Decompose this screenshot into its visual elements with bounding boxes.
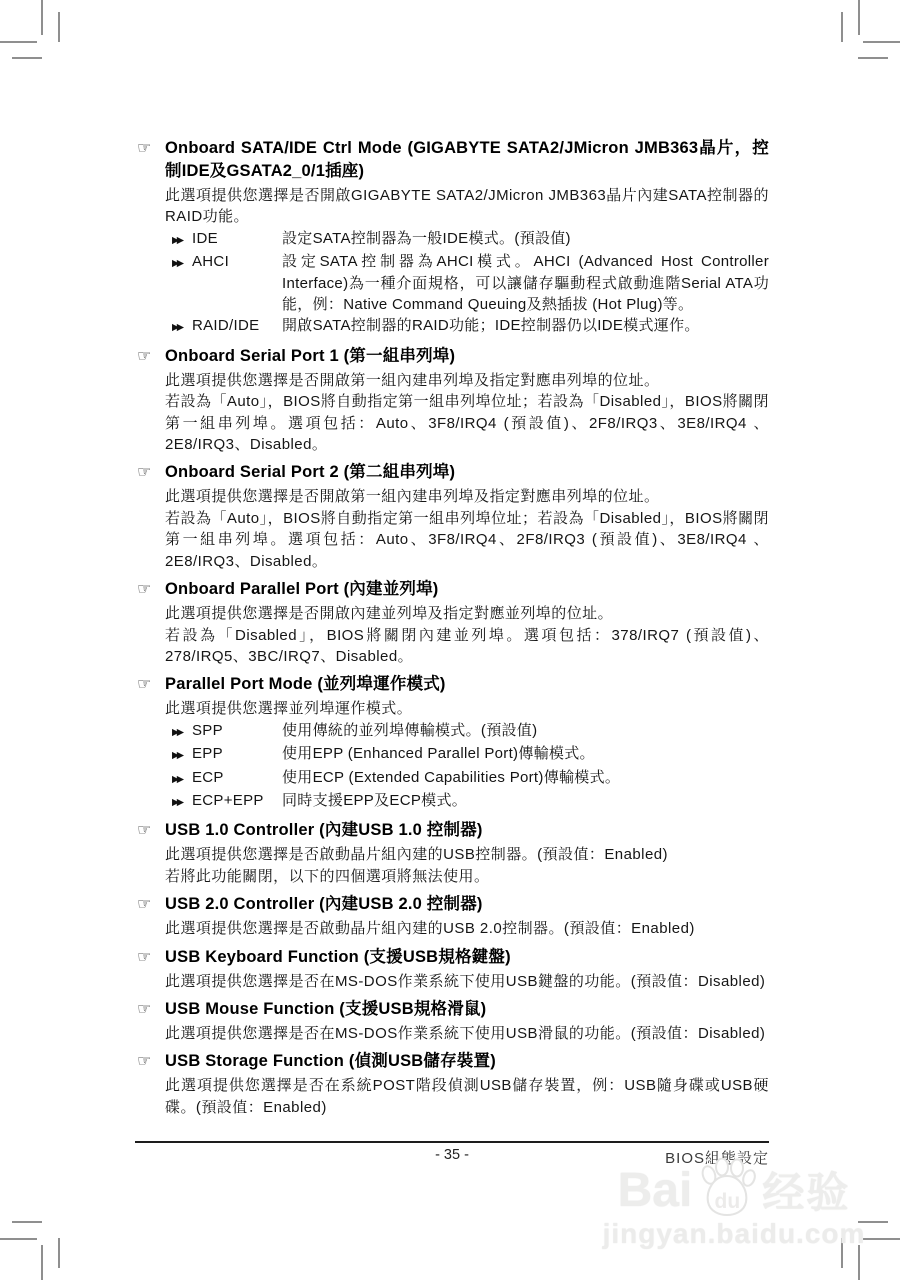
crop-mark (58, 1238, 60, 1268)
section-title-text: USB 1.0 Controller (內建USB 1.0 控制器) (165, 821, 483, 839)
bios-option-section: ☞ USB 1.0 Controller (內建USB 1.0 控制器) 此選項… (137, 819, 769, 887)
description-paragraph: 若設為「Disabled」，BIOS將關閉內建並列埠。選項包括：378/IRQ7… (165, 625, 769, 668)
section-body: 此選項提供您選擇是否開啟內建並列埠及指定對應並列埠的位址。若設為「Disable… (137, 603, 769, 667)
section-title: ☞ USB Storage Function (偵測USB儲存裝置) (137, 1050, 769, 1073)
bios-option-section: ☞ Onboard Serial Port 2 (第二組串列埠) 此選項提供您選… (137, 461, 769, 572)
description-paragraph: 此選項提供您選擇並列埠運作模式。 (165, 698, 769, 719)
section-title: ☞ Parallel Port Mode (並列埠運作模式) (137, 673, 769, 696)
description-paragraph: 此選項提供您選擇是否開啟第一組內建串列埠及指定對應串列埠的位址。 (165, 486, 769, 507)
section-title: ☞ USB Mouse Function (支援USB規格滑鼠) (137, 998, 769, 1021)
bios-option-section: ☞ Onboard Serial Port 1 (第一組串列埠) 此選項提供您選… (137, 345, 769, 456)
pointing-hand-icon: ☞ (137, 893, 152, 916)
description-paragraph: 此選項提供您選擇是否開啟第一組內建串列埠及指定對應串列埠的位址。 (165, 370, 769, 391)
crop-mark (12, 1221, 42, 1223)
crop-mark (0, 41, 37, 43)
section-title: ☞ Onboard Serial Port 2 (第二組串列埠) (137, 461, 769, 484)
section-title-text: Onboard Serial Port 1 (第一組串列埠) (165, 347, 455, 365)
double-arrow-icon: ▶▶ (172, 228, 192, 251)
description-paragraph: 此選項提供您選擇是否在系統POST階段偵測USB儲存裝置，例：USB隨身碟或US… (165, 1075, 769, 1118)
option-term: AHCI (192, 251, 282, 315)
pointing-hand-icon: ☞ (137, 946, 152, 969)
description-paragraph: 若將此功能關閉，以下的四個選項將無法使用。 (165, 866, 769, 887)
option-term: SPP (192, 720, 282, 743)
description-paragraph: 此選項提供您選擇是否開啟內建並列埠及指定對應並列埠的位址。 (165, 603, 769, 624)
description-paragraph: 此選項提供您選擇是否在MS-DOS作業系統下使用USB滑鼠的功能。(預設值：Di… (165, 1023, 769, 1044)
option-term: IDE (192, 228, 282, 251)
section-body: 此選項提供您選擇是否開啟GIGABYTE SATA2/JMicron JMB36… (137, 185, 769, 339)
description-paragraph: 若設為「Auto」，BIOS將自動指定第一組串列埠位址；若設為「Disabled… (165, 508, 769, 572)
double-arrow-icon: ▶▶ (172, 743, 192, 766)
option-description: 設定SATA控制器為AHCI模式。AHCI (Advanced Host Con… (282, 251, 769, 315)
baidu-paw-icon: du (696, 1158, 758, 1218)
baidu-logo-du-text: du (696, 1190, 758, 1214)
option-row: ▶▶ SPP 使用傳統的並列埠傳輸模式。(預設值) (165, 720, 769, 743)
section-title: ☞ USB Keyboard Function (支援USB規格鍵盤) (137, 946, 769, 969)
baidu-jingyan-text: 经验 (762, 1168, 850, 1218)
bios-option-section: ☞ USB Keyboard Function (支援USB規格鍵盤) 此選項提… (137, 946, 769, 992)
bios-option-section: ☞ Onboard SATA/IDE Ctrl Mode (GIGABYTE S… (137, 137, 769, 339)
double-arrow-icon: ▶▶ (172, 251, 192, 315)
description-paragraph: 此選項提供您選擇是否開啟GIGABYTE SATA2/JMicron JMB36… (165, 185, 769, 228)
section-body: 此選項提供您選擇是否啟動晶片組內建的USB 2.0控制器。(預設值：Enable… (137, 918, 769, 939)
option-row: ▶▶ ECP+EPP 同時支援EPP及ECP模式。 (165, 790, 769, 813)
section-body: 此選項提供您選擇是否在MS-DOS作業系統下使用USB鍵盤的功能。(預設值：Di… (137, 971, 769, 992)
option-description: 使用傳統的並列埠傳輸模式。(預設值) (282, 720, 769, 743)
option-row: ▶▶ RAID/IDE 開啟SATA控制器的RAID功能；IDE控制器仍以IDE… (165, 315, 769, 338)
pointing-hand-icon: ☞ (137, 137, 152, 160)
crop-mark (863, 41, 900, 43)
option-term: RAID/IDE (192, 315, 282, 338)
section-title-text: Onboard SATA/IDE Ctrl Mode (GIGABYTE SAT… (165, 139, 769, 180)
pointing-hand-icon: ☞ (137, 345, 152, 368)
section-title-text: Onboard Parallel Port (內建並列埠) (165, 580, 439, 598)
section-body: 此選項提供您選擇並列埠運作模式。 ▶▶ SPP 使用傳統的並列埠傳輸模式。(預設… (137, 698, 769, 813)
section-title: ☞ Onboard SATA/IDE Ctrl Mode (GIGABYTE S… (137, 137, 769, 183)
section-title: ☞ USB 2.0 Controller (內建USB 2.0 控制器) (137, 893, 769, 916)
section-title: ☞ Onboard Serial Port 1 (第一組串列埠) (137, 345, 769, 368)
section-body: 此選項提供您選擇是否啟動晶片組內建的USB控制器。(預設值：Enabled)若將… (137, 844, 769, 887)
option-term: ECP (192, 767, 282, 790)
section-body: 此選項提供您選擇是否開啟第一組內建串列埠及指定對應串列埠的位址。若設為「Auto… (137, 370, 769, 456)
pointing-hand-icon: ☞ (137, 998, 152, 1021)
section-title-text: USB Mouse Function (支援USB規格滑鼠) (165, 1000, 486, 1018)
description-paragraph: 此選項提供您選擇是否在MS-DOS作業系統下使用USB鍵盤的功能。(預設值：Di… (165, 971, 769, 992)
option-description: 使用ECP (Extended Capabilities Port)傳輸模式。 (282, 767, 769, 790)
description-paragraph: 若設為「Auto」，BIOS將自動指定第一組串列埠位址；若設為「Disabled… (165, 391, 769, 455)
bios-option-section: ☞ USB Mouse Function (支援USB規格滑鼠) 此選項提供您選… (137, 998, 769, 1044)
option-row: ▶▶ AHCI 設定SATA控制器為AHCI模式。AHCI (Advanced … (165, 251, 769, 315)
option-term: ECP+EPP (192, 790, 282, 813)
section-title: ☞ USB 1.0 Controller (內建USB 1.0 控制器) (137, 819, 769, 842)
footer-divider (135, 1141, 769, 1143)
section-title-text: Parallel Port Mode (並列埠運作模式) (165, 675, 446, 693)
description-paragraph: 此選項提供您選擇是否啟動晶片組內建的USB 2.0控制器。(預設值：Enable… (165, 918, 769, 939)
section-body: 此選項提供您選擇是否在MS-DOS作業系統下使用USB滑鼠的功能。(預設值：Di… (137, 1023, 769, 1044)
bios-option-section: ☞ Parallel Port Mode (並列埠運作模式) 此選項提供您選擇並… (137, 673, 769, 813)
crop-mark (858, 1245, 860, 1280)
option-term: EPP (192, 743, 282, 766)
crop-mark (0, 1238, 37, 1240)
double-arrow-icon: ▶▶ (172, 767, 192, 790)
option-row: ▶▶ ECP 使用ECP (Extended Capabilities Port… (165, 767, 769, 790)
section-title-text: USB Storage Function (偵測USB儲存裝置) (165, 1052, 496, 1070)
crop-mark (41, 0, 43, 35)
double-arrow-icon: ▶▶ (172, 790, 192, 813)
section-title: ☞ Onboard Parallel Port (內建並列埠) (137, 578, 769, 601)
description-paragraph: 此選項提供您選擇是否啟動晶片組內建的USB控制器。(預設值：Enabled) (165, 844, 769, 865)
pointing-hand-icon: ☞ (137, 578, 152, 601)
crop-mark (58, 12, 60, 42)
double-arrow-icon: ▶▶ (172, 315, 192, 338)
bios-option-section: ☞ USB 2.0 Controller (內建USB 2.0 控制器) 此選項… (137, 893, 769, 939)
crop-mark (841, 12, 843, 42)
pointing-hand-icon: ☞ (137, 673, 152, 696)
baidu-logo: Bai du 经验 (584, 1158, 884, 1218)
bios-option-section: ☞ USB Storage Function (偵測USB儲存裝置) 此選項提供… (137, 1050, 769, 1118)
bios-option-section: ☞ Onboard Parallel Port (內建並列埠) 此選項提供您選擇… (137, 578, 769, 667)
crop-mark (12, 57, 42, 59)
option-row: ▶▶ IDE 設定SATA控制器為一般IDE模式。(預設值) (165, 228, 769, 251)
section-title-text: USB Keyboard Function (支援USB規格鍵盤) (165, 948, 511, 966)
section-body: 此選項提供您選擇是否開啟第一組內建串列埠及指定對應串列埠的位址。若設為「Auto… (137, 486, 769, 572)
option-description: 同時支援EPP及ECP模式。 (282, 790, 769, 813)
baidu-jingyan-watermark: Bai du 经验 jingyan.baidu.com (584, 1158, 884, 1250)
crop-mark (858, 0, 860, 35)
double-arrow-icon: ▶▶ (172, 720, 192, 743)
baidu-logo-bai-text: Bai (618, 1164, 693, 1218)
option-description: 開啟SATA控制器的RAID功能；IDE控制器仍以IDE模式運作。 (282, 315, 769, 338)
pointing-hand-icon: ☞ (137, 461, 152, 484)
section-title-text: Onboard Serial Port 2 (第二組串列埠) (165, 463, 455, 481)
section-title-text: USB 2.0 Controller (內建USB 2.0 控制器) (165, 895, 483, 913)
section-body: 此選項提供您選擇是否在系統POST階段偵測USB儲存裝置，例：USB隨身碟或US… (137, 1075, 769, 1118)
jingyan-domain-text: jingyan.baidu.com (584, 1218, 884, 1250)
crop-mark (858, 57, 888, 59)
pointing-hand-icon: ☞ (137, 1050, 152, 1073)
crop-mark (41, 1245, 43, 1280)
pointing-hand-icon: ☞ (137, 819, 152, 842)
option-description: 設定SATA控制器為一般IDE模式。(預設值) (282, 228, 769, 251)
manual-content: ☞ Onboard SATA/IDE Ctrl Mode (GIGABYTE S… (137, 131, 769, 1118)
option-description: 使用EPP (Enhanced Parallel Port)傳輸模式。 (282, 743, 769, 766)
option-row: ▶▶ EPP 使用EPP (Enhanced Parallel Port)傳輸模… (165, 743, 769, 766)
